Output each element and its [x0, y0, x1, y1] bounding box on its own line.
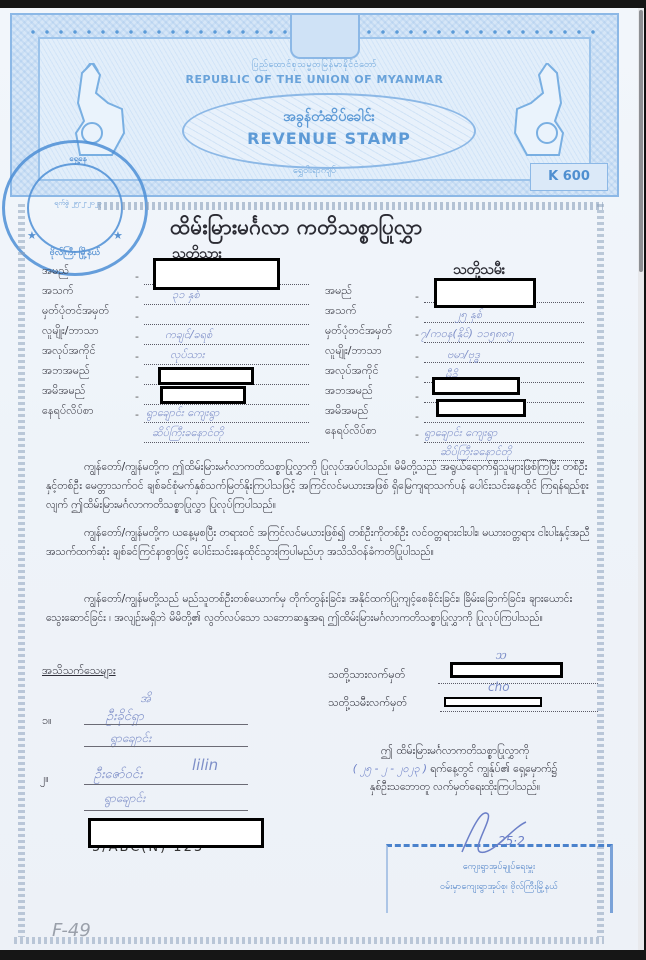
bride-signature-scribble: cho [488, 680, 510, 694]
star-icon: ★ [113, 229, 123, 242]
redacted-bride-signature [444, 697, 542, 707]
redacted-bride-mother [436, 399, 526, 417]
groom-age-label: အသက် [42, 284, 74, 300]
official-stamp-office: ဝမ်းမှာကျေးရွာအုပ်စု၊ ဗိုလ်ကြီးမြို့နယ် [388, 881, 610, 894]
groom-name-label: အမည် [42, 264, 69, 280]
groom-address-value-2: ဆိပ်ကြီးခနောင်တို [152, 426, 224, 442]
bottom-bar [0, 950, 646, 960]
groom-signature-label: သတို့သားလက်မှတ် [328, 668, 405, 684]
official-stamp-title: ကျေးရွာအုပ်ချုပ်ရေးမှူး [388, 861, 610, 874]
bride-nrc-label: မှတ်ပုံတင်အမှတ် [325, 324, 392, 340]
official-signature-icon [452, 808, 532, 858]
bride-signature-line [440, 710, 598, 712]
marriage-contract-document: ပြည်ထောင်စုသမ္မတမြန်မာနိုင်ငံတော် REPUBL… [0, 8, 638, 950]
witness-1-number: ၁။ [42, 714, 52, 730]
stamp-title-mm: အခွန်တံဆိပ်ခေါင်း [184, 107, 474, 128]
redacted-groom-mother [160, 386, 246, 404]
bride-address-value-1: ရွာချောင်း ကျေးရွာ [424, 426, 497, 442]
groom-race-religion-value: ကချင်/ခရစ် [165, 328, 212, 344]
groom-occupation-label: အလုပ်အကိုင် [42, 344, 96, 360]
bride-nrc-value: ၇/ကဝန(နိုင်) ၁၁၅၈၈၅ [420, 327, 514, 343]
decorative-border-left [18, 204, 25, 937]
bride-race-religion-value: ဗမာ/ဗုဒ္ဓ [447, 348, 480, 364]
redacted-groom-name [153, 258, 280, 290]
redacted-groom-father [158, 367, 254, 385]
redacted-id [88, 818, 264, 848]
bride-age-line [424, 321, 584, 323]
bride-signature-label: သတို့သမီးလက်မှတ် [328, 696, 407, 712]
witnesses-heading: အသိသက်သေများ [42, 664, 116, 680]
bride-age-label: အသက် [325, 304, 357, 320]
witness-1-name-line [84, 724, 248, 725]
seal-top-text: ရှေ့နေ [33, 153, 123, 165]
decorative-border-right [597, 204, 604, 937]
seal-bottom-text: ဗိုလ်ကြီး မြို့နယ် [35, 247, 115, 260]
witness-2-scribble: lilin [192, 756, 218, 774]
bride-name-label: အမည် [325, 284, 352, 300]
certification-date: ( ၂၅ - ၂ - ၂၀၂၃ ) [353, 763, 427, 775]
bride-mother-label: အမိအမည် [325, 404, 368, 420]
witness-2-village-line [84, 810, 248, 811]
star-icon: ★ [27, 229, 37, 242]
certification-line-1: ဤ ထိမ်းမြားမင်္ဂလာကတိသစ္စာပြုလွှာကို [330, 742, 580, 760]
witness-2-number: ၂။ [40, 772, 49, 788]
groom-address-value-1: ရွာချောင်း ကျေးရွာ [146, 406, 219, 422]
decorative-border-top [98, 202, 603, 210]
form-code: F-49 [52, 920, 91, 941]
redacted-bride-father [432, 377, 520, 395]
groom-mother-label: အမိအမည် [42, 384, 85, 400]
stamp-title-en: REVENUE STAMP [184, 129, 474, 148]
document-title: ထိမ်းမြားမင်္ဂလာ ကတိသစ္စာပြုလွှာ [170, 214, 422, 245]
bride-occupation-label: အလုပ်အကိုင် [325, 364, 379, 380]
groom-address-label: နေရပ်လိပ်စာ [42, 404, 94, 420]
stamp-value: K 600 [530, 163, 608, 191]
certification-line-2: ( ၂၅ - ၂ - ၂၀၂၃ ) ရက်နေ့တွင် ကျွန်ုပ်၏ ရ… [330, 760, 580, 778]
stamp-country-mm: ပြည်ထောင်စုသမ္မတမြန်မာနိုင်ငံတော် [12, 59, 617, 72]
witness-1-village-line [84, 746, 248, 747]
groom-occupation-line [144, 363, 309, 365]
groom-occupation-value: လုပ်သား [170, 348, 205, 364]
decorative-border-bottom [14, 937, 604, 944]
paragraph-3: ကျွန်တော်/ကျွန်မတို့သည် မည်သူတစ်ဦးတစ်ယော… [46, 590, 592, 628]
state-crest-icon [290, 15, 360, 59]
redacted-bride-name [434, 278, 536, 308]
witness-2-name: ဦးဇော်ဝင်း [94, 766, 142, 785]
scrollbar-thumb[interactable] [639, 10, 643, 272]
paragraph-1: ကျွန်တော်/ကျွန်မတို့က ဤထိမ်းမြားမင်္ဂလာက… [46, 458, 592, 515]
groom-age-value: ၃၁ နှစ် [172, 288, 200, 304]
top-bar [0, 0, 646, 8]
stamp-country-en: REPUBLIC OF THE UNION OF MYANMAR [12, 73, 617, 86]
certification-line-3: နှစ်ဦးသဘောတူ လက်မှတ်ရေးထိုးကြပါသည်။ [330, 778, 580, 796]
groom-age-line [144, 303, 309, 305]
witness-2-name-line [84, 784, 248, 785]
groom-nrc-line [144, 323, 309, 325]
witness-2-village: ရွာချောင်း [104, 790, 145, 808]
groom-father-label: အဘအမည် [42, 364, 90, 380]
stamp-oval: အခွန်တံဆိပ်ခေါင်း REVENUE STAMP [182, 93, 476, 169]
bride-address-label: နေရပ်လိပ်စာ [325, 424, 377, 440]
witness-1-scribble: အိ [140, 690, 151, 708]
bride-mother-line [424, 421, 584, 423]
official-signature-date: 25·2 [498, 834, 525, 848]
redacted-groom-signature [450, 662, 563, 678]
paragraph-2: ကျွန်တော်/ကျွန်မတို့က ယနေ့မှစပြီး တရားဝင… [46, 524, 592, 562]
groom-race-religion-label: လူမျိုး/ဘာသာ [42, 324, 99, 340]
bride-age-value: ၂၅ နှစ် [455, 308, 482, 324]
bride-race-religion-label: လူမျိုး/ဘာသာ [325, 344, 382, 360]
groom-signature-line [438, 682, 598, 684]
bride-father-label: အဘအမည် [325, 384, 373, 400]
groom-nrc-label: မှတ်ပုံတင်အမှတ် [42, 304, 109, 320]
